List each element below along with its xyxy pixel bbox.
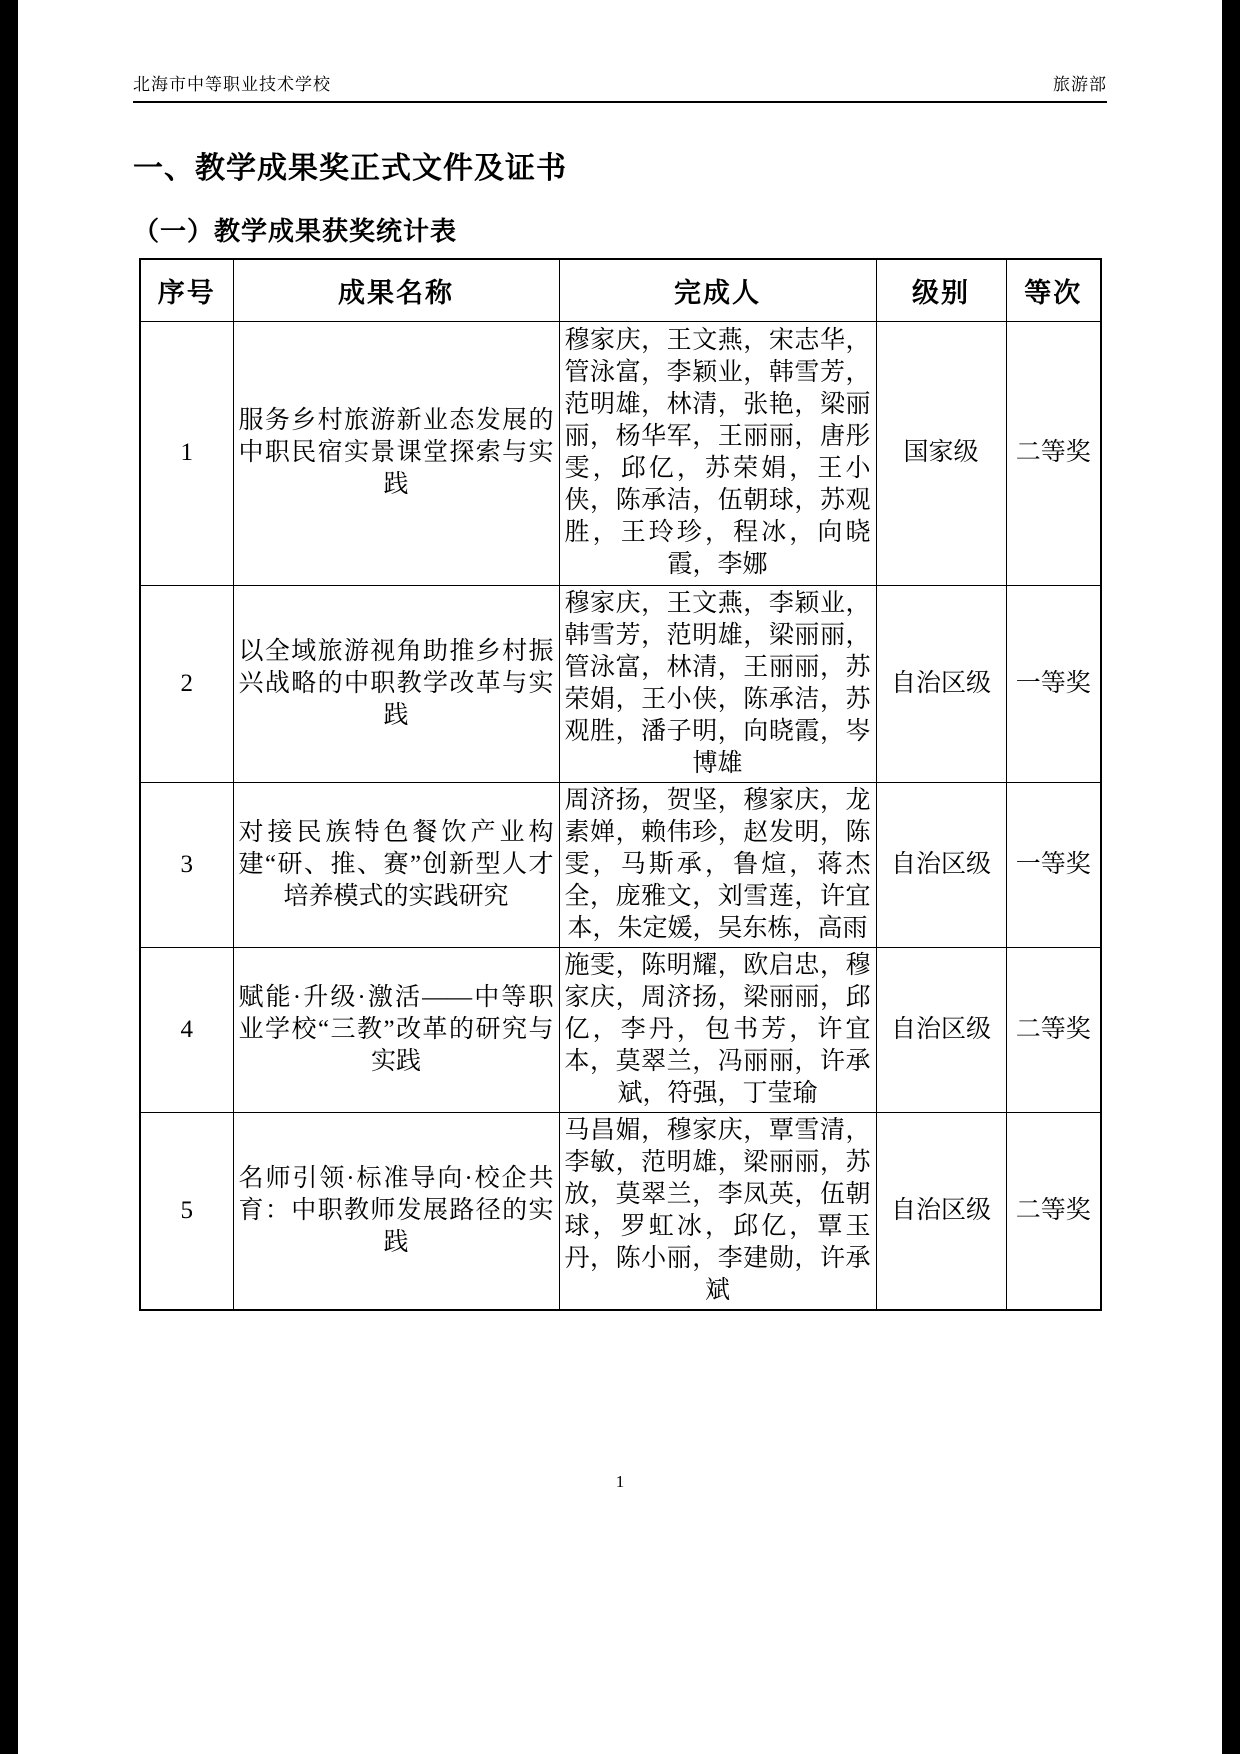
cell-level: 自治区级 (876, 947, 1006, 1112)
cell-index: 2 (140, 585, 233, 782)
section-title: 一、教学成果奖正式文件及证书 (133, 143, 1107, 187)
document-page: 北海市中等职业技术学校 旅游部 一、教学成果奖正式文件及证书 （一）教学成果获奖… (18, 0, 1222, 1754)
cell-members: 周济扬，贺坚，穆家庆，龙素婵，赖伟珍，赵发明，陈雯，马斯承，鲁煊，蒋杰全，庞雅文… (559, 782, 876, 947)
header-department: 旅游部 (1053, 70, 1107, 95)
column-header-members: 完成人 (559, 259, 876, 321)
table-row: 4 赋能·升级·激活——中等职业学校“三教”改革的研究与实践 施雯，陈明耀，欧启… (140, 947, 1101, 1112)
column-header-index: 序号 (140, 259, 233, 321)
table-row: 1 服务乡村旅游新业态发展的中职民宿实景课堂探索与实践 穆家庆，王文燕，宋志华，… (140, 321, 1101, 585)
document-header: 北海市中等职业技术学校 旅游部 (133, 0, 1107, 103)
cell-level: 自治区级 (876, 1112, 1006, 1310)
cell-grade: 二等奖 (1006, 947, 1101, 1112)
column-header-grade: 等次 (1006, 259, 1101, 321)
table-header-row: 序号 成果名称 完成人 级别 等次 (140, 259, 1101, 321)
cell-index: 4 (140, 947, 233, 1112)
cell-members: 马昌媚，穆家庆，覃雪清，李敏，范明雄，梁丽丽，苏放，莫翠兰，李凤英，伍朝球，罗虹… (559, 1112, 876, 1310)
table-row: 3 对接民族特色餐饮产业构建“研、推、赛”创新型人才培养模式的实践研究 周济扬，… (140, 782, 1101, 947)
cell-members: 施雯，陈明耀，欧启忠，穆家庆，周济扬，梁丽丽，邱亿，李丹，包书芳，许宜本，莫翠兰… (559, 947, 876, 1112)
table-row: 5 名师引领·标准导向·校企共育：中职教师发展路径的实践 马昌媚，穆家庆，覃雪清… (140, 1112, 1101, 1310)
cell-members: 穆家庆，王文燕，李颖业，韩雪芳，范明雄，梁丽丽，管泳富，林清，王丽丽，苏荣娟，王… (559, 585, 876, 782)
cell-achievement-name: 服务乡村旅游新业态发展的中职民宿实景课堂探索与实践 (233, 321, 559, 585)
cell-level: 自治区级 (876, 782, 1006, 947)
cell-achievement-name: 对接民族特色餐饮产业构建“研、推、赛”创新型人才培养模式的实践研究 (233, 782, 559, 947)
column-header-achievement-name: 成果名称 (233, 259, 559, 321)
cell-members: 穆家庆，王文燕，宋志华，管泳富，李颖业，韩雪芳，范明雄，林清，张艳，梁丽丽，杨华… (559, 321, 876, 585)
cell-grade: 二等奖 (1006, 321, 1101, 585)
cell-index: 3 (140, 782, 233, 947)
cell-achievement-name: 名师引领·标准导向·校企共育：中职教师发展路径的实践 (233, 1112, 559, 1310)
cell-index: 1 (140, 321, 233, 585)
cell-achievement-name: 赋能·升级·激活——中等职业学校“三教”改革的研究与实践 (233, 947, 559, 1112)
cell-index: 5 (140, 1112, 233, 1310)
table-row: 2 以全域旅游视角助推乡村振兴战略的中职教学改革与实践 穆家庆，王文燕，李颖业，… (140, 585, 1101, 782)
cell-level: 国家级 (876, 321, 1006, 585)
awards-table: 序号 成果名称 完成人 级别 等次 1 服务乡村旅游新业态发展的中职民宿实景课堂… (139, 258, 1102, 1311)
cell-grade: 二等奖 (1006, 1112, 1101, 1310)
table-caption: （一）教学成果获奖统计表 (133, 211, 1107, 248)
cell-grade: 一等奖 (1006, 585, 1101, 782)
cell-level: 自治区级 (876, 585, 1006, 782)
cell-grade: 一等奖 (1006, 782, 1101, 947)
column-header-level: 级别 (876, 259, 1006, 321)
cell-achievement-name: 以全域旅游视角助推乡村振兴战略的中职教学改革与实践 (233, 585, 559, 782)
page-number: 1 (18, 1472, 1222, 1492)
header-school-name: 北海市中等职业技术学校 (133, 70, 331, 95)
